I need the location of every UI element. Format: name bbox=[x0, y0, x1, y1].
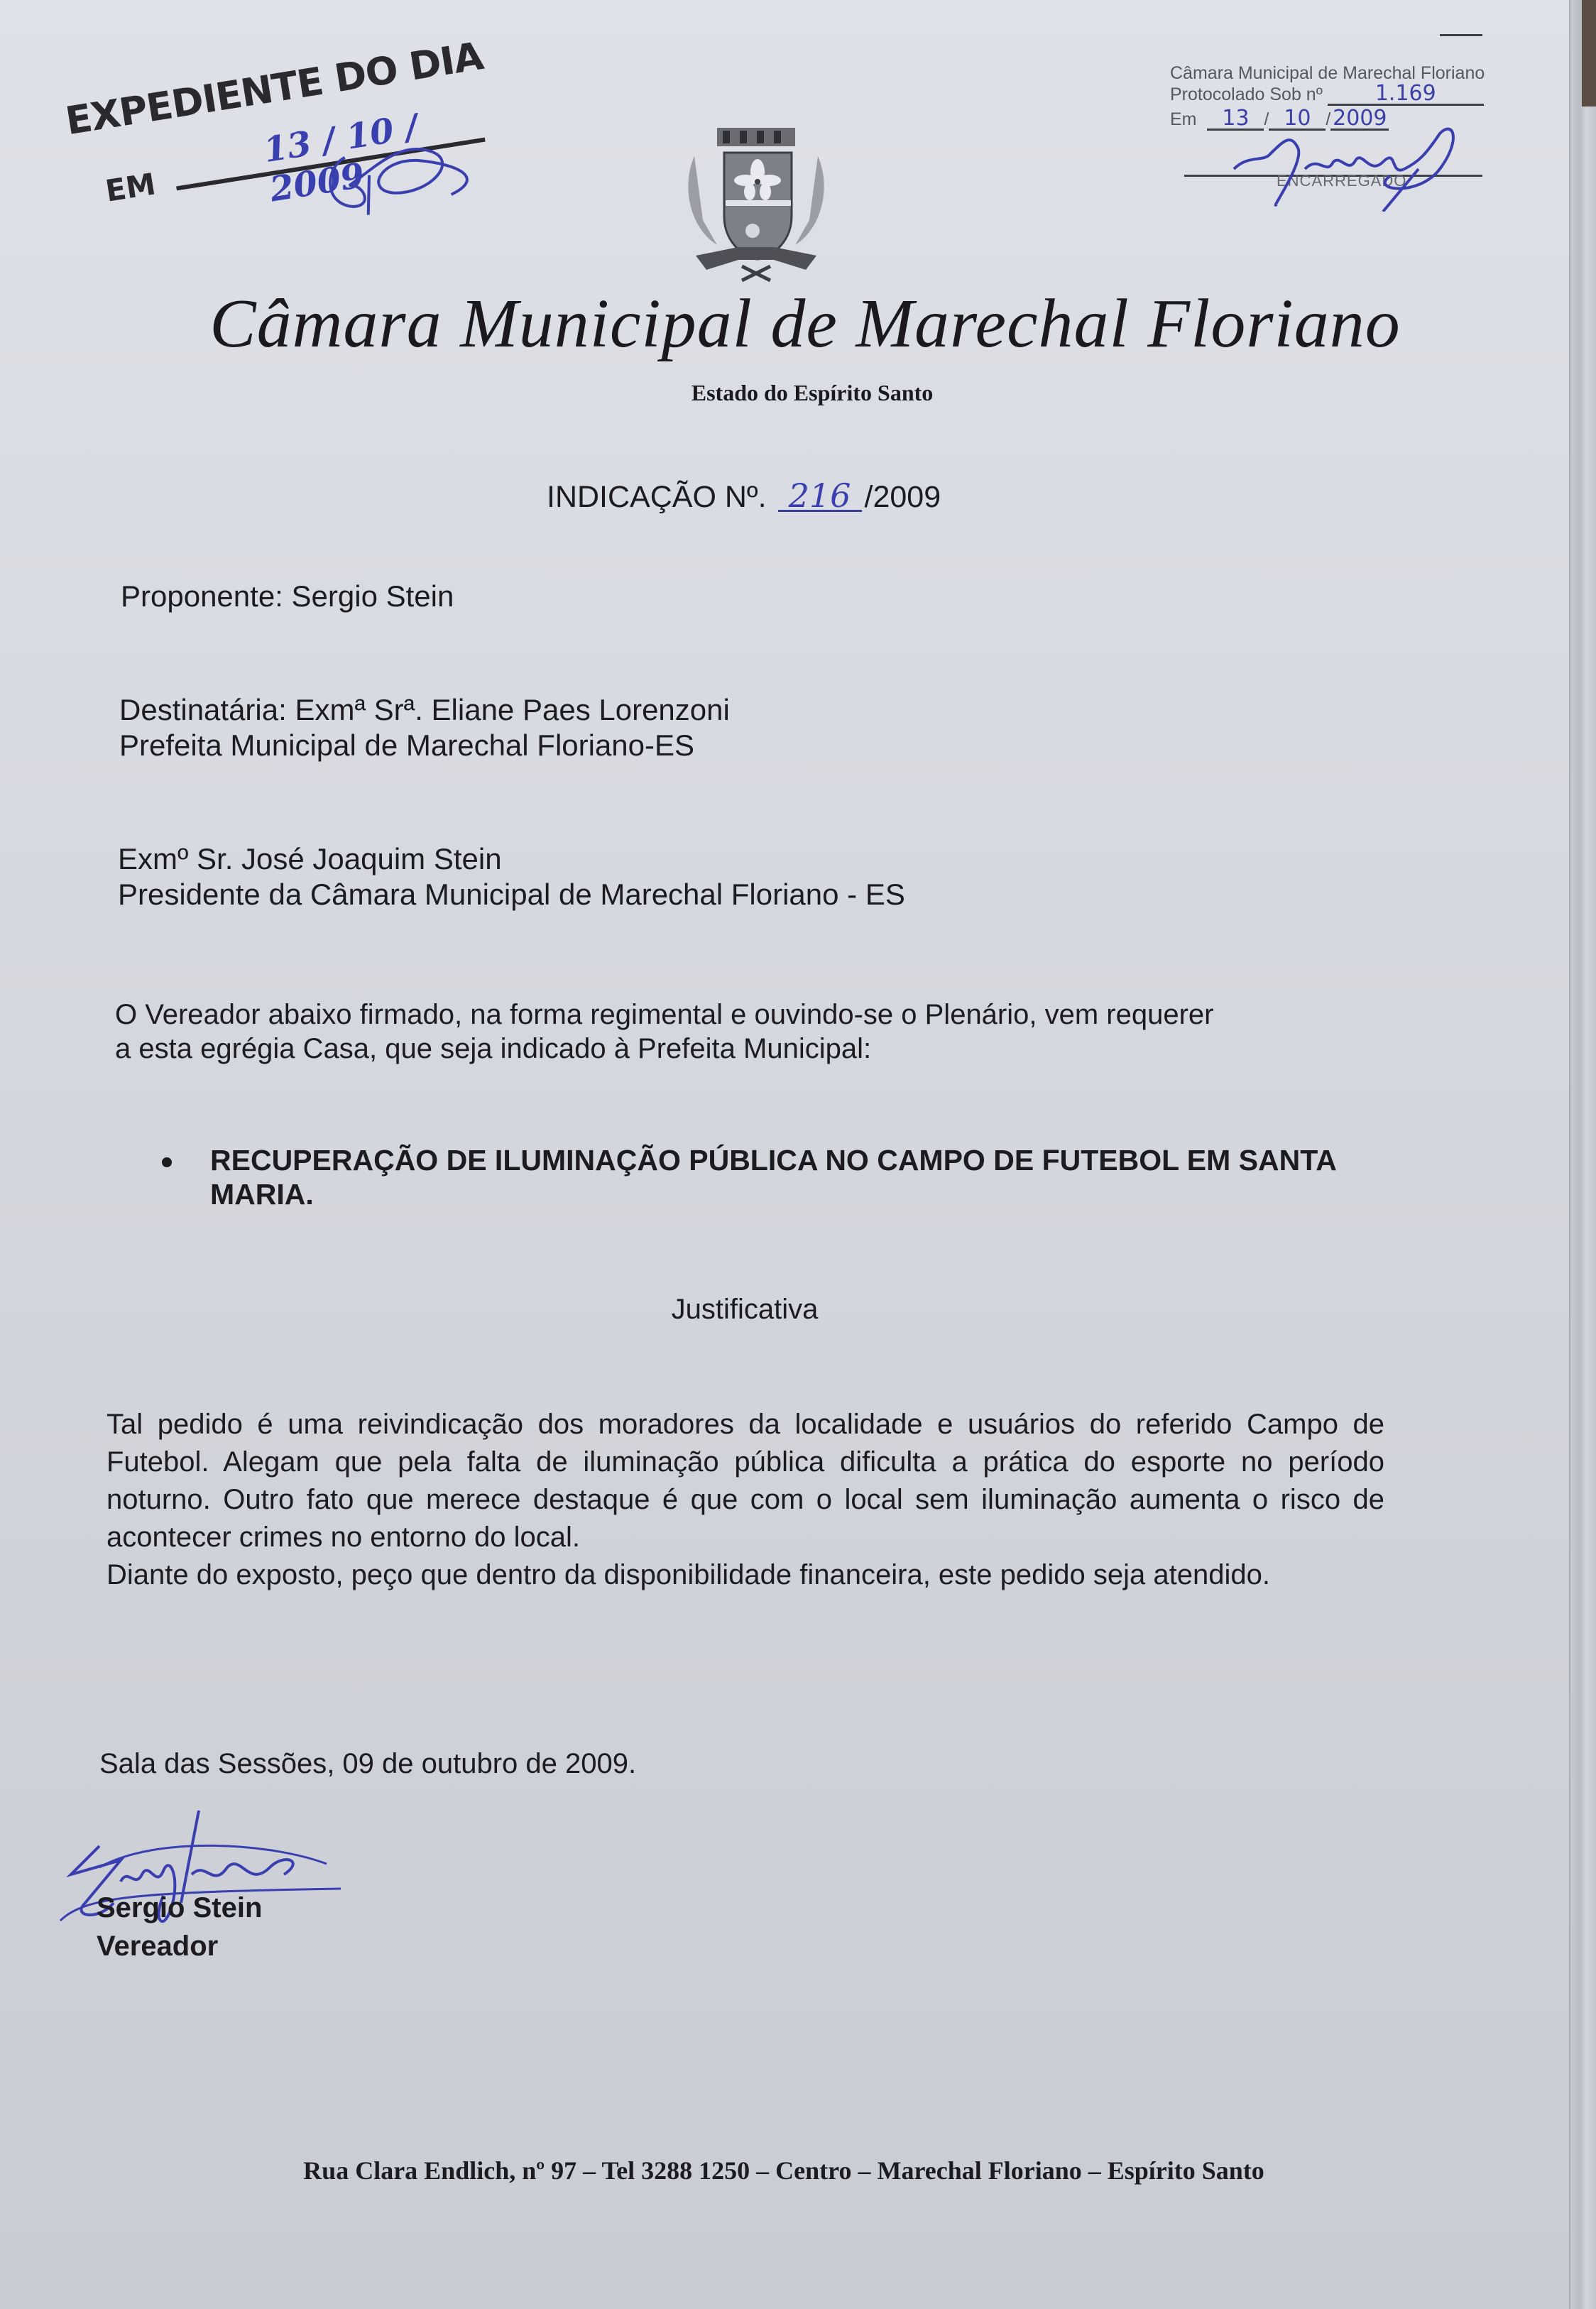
expediente-stamp: EXPEDIENTE DO DIA EM 13 / 10 / 2009 bbox=[62, 33, 497, 213]
place-date: Sala das Sessões, 09 de outubro de 2009. bbox=[99, 1748, 636, 1780]
indicacao-year: /2009 bbox=[865, 480, 941, 514]
expediente-em-label: EM bbox=[103, 166, 158, 208]
justificativa-paragraph-1: Tal pedido é uma reivindicação dos morad… bbox=[106, 1406, 1384, 1556]
protocol-stamp: Câmara Municipal de Marechal Floriano Pr… bbox=[1170, 62, 1525, 131]
indicacao-label: INDICAÇÃO Nº. bbox=[547, 480, 767, 514]
presidente-block: Exmº Sr. José Joaquim Stein Presidente d… bbox=[118, 841, 905, 912]
protocol-chamber-line: Câmara Municipal de Marechal Floriano bbox=[1170, 62, 1525, 84]
justificativa-heading: Justificativa bbox=[0, 1294, 1596, 1326]
request-item-text: RECUPERAÇÃO DE ILUMINAÇÃO PÚBLICA NO CAM… bbox=[210, 1143, 1417, 1211]
intro-paragraph: O Vereador abaixo firmado, na forma regi… bbox=[115, 998, 1393, 1066]
destinataria-block: Destinatária: Exmª Srª. Eliane Paes Lore… bbox=[119, 692, 730, 763]
state-subtitle: Estado do Espírito Santo bbox=[0, 380, 1596, 406]
destinataria-role: Prefeita Municipal de Marechal Floriano-… bbox=[119, 728, 730, 763]
protocol-number-row: Protocolado Sob nº 1.169 bbox=[1170, 84, 1525, 106]
destinataria-name: Destinatária: Exmª Srª. Eliane Paes Lore… bbox=[119, 692, 730, 728]
justificativa-body: Tal pedido é uma reivindicação dos morad… bbox=[106, 1406, 1384, 1594]
proponente: Proponente: Sergio Stein bbox=[121, 579, 454, 614]
stamp-dash bbox=[1440, 34, 1482, 36]
protocol-number: 1.169 bbox=[1328, 84, 1484, 106]
intro-line-1: O Vereador abaixo firmado, na forma regi… bbox=[115, 998, 1393, 1032]
signer-name: Sergio Stein bbox=[97, 1889, 262, 1927]
protocol-signature-icon bbox=[1227, 119, 1482, 212]
indicacao-number: 216 bbox=[778, 481, 862, 512]
chamber-title: Câmara Municipal de Marechal Floriano bbox=[0, 284, 1596, 364]
presidente-name: Exmº Sr. José Joaquim Stein bbox=[118, 841, 905, 877]
presidente-role: Presidente da Câmara Municipal de Marech… bbox=[118, 877, 905, 912]
justificativa-paragraph-2: Diante do exposto, peço que dentro da di… bbox=[106, 1556, 1384, 1594]
protocol-number-label: Protocolado Sob nº bbox=[1170, 84, 1323, 104]
intro-line-2: a esta egrégia Casa, que seja indicado à… bbox=[115, 1032, 1393, 1066]
coat-of-arms-icon bbox=[674, 121, 838, 284]
footer-address: Rua Clara Endlich, nº 97 – Tel 3288 1250… bbox=[0, 2156, 1596, 2185]
signer-role: Vereador bbox=[97, 1927, 262, 1965]
background-corner bbox=[1582, 0, 1596, 107]
protocol-date-label: Em bbox=[1170, 109, 1197, 129]
bullet-icon bbox=[162, 1157, 172, 1167]
indicacao-heading: INDICAÇÃO Nº. 216/2009 bbox=[547, 480, 941, 515]
signer-block: Sergio Stein Vereador bbox=[97, 1889, 262, 1965]
